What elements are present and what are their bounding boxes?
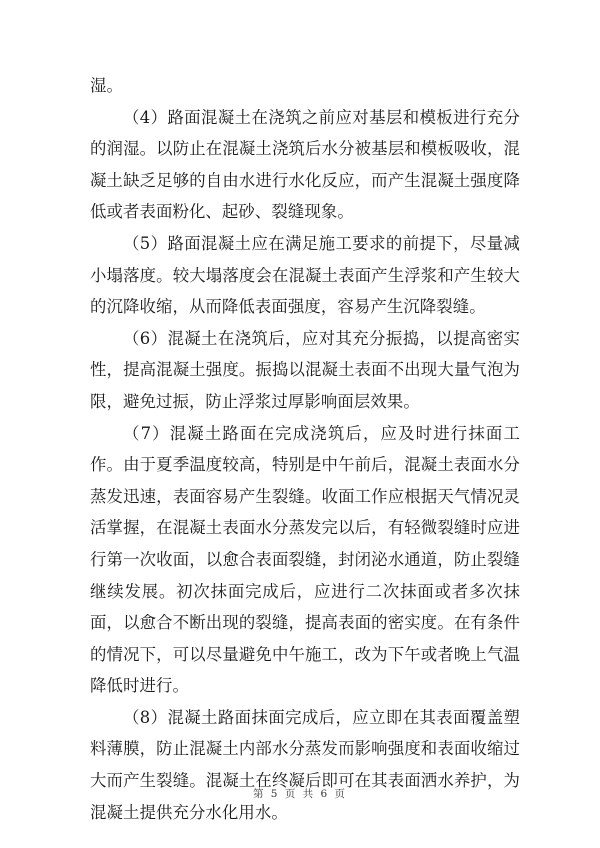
paragraph-continuation: 湿。 — [90, 70, 520, 102]
paragraph-item-8: （8）混凝土路面抹面完成后，应立即在其表面覆盖塑料薄膜，防止混凝土内部水分蒸发而… — [90, 702, 520, 828]
paragraph-item-5: （5）路面混凝土应在满足施工要求的前提下，尽量减小塌落度。较大塌落度会在混凝土表… — [90, 228, 520, 323]
page-footer: 第 5 页 共 6 页 — [0, 786, 600, 801]
paragraph-item-7: （7）混凝土路面在完成浇筑后，应及时进行抹面工作。由于夏季温度较高，特别是中午前… — [90, 418, 520, 702]
page-number-label: 第 5 页 共 6 页 — [253, 788, 347, 800]
paragraph-item-6: （6）混凝土在浇筑后，应对其充分振捣，以提高密实性，提高混凝土强度。振捣以混凝土… — [90, 323, 520, 418]
paragraph-item-4: （4）路面混凝土在浇筑之前应对基层和模板进行充分的润湿。以防止在混凝土浇筑后水分… — [90, 102, 520, 228]
document-body: 湿。 （4）路面混凝土在浇筑之前应对基层和模板进行充分的润湿。以防止在混凝土浇筑… — [90, 70, 520, 828]
